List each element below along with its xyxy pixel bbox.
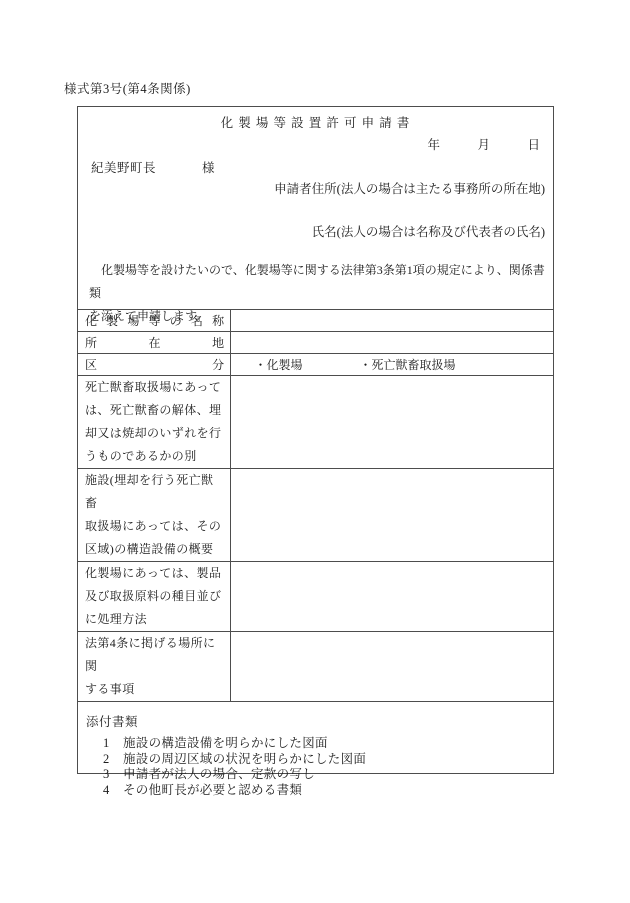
row-value-article4-matters bbox=[230, 632, 553, 702]
attachment-item-number: 1 bbox=[103, 736, 115, 752]
attachment-item-number: 2 bbox=[103, 752, 115, 768]
list-item: 2 施設の周辺区域の状況を明らかにした図面 bbox=[86, 752, 545, 768]
attachment-item-text: 申請者が法人の場合、定款の写し bbox=[123, 767, 315, 783]
list-item: 4 その他町長が必要と認める書類 bbox=[86, 783, 545, 799]
row-label-structure-overview: 施設(埋却を行う死亡獣畜 取扱場にあっては、その 区域)の構造設備の概要 bbox=[78, 469, 230, 562]
table-row-location: 所 在 地 bbox=[78, 332, 553, 354]
table-row-handling-type: 死亡獣畜取扱場にあって は、死亡獣畜の解体、埋 却又は焼却のいずれを行 うもので… bbox=[78, 376, 553, 469]
table-row-name: 化 製 場 等 の 名 称 bbox=[78, 310, 553, 332]
row-value-location bbox=[230, 332, 553, 354]
applicant-name-label: 氏名(法人の場合は名称及び代表者の氏名) bbox=[312, 222, 545, 240]
row-label-classification: 区 分 bbox=[78, 354, 230, 376]
row-value-classification: ・化製場・死亡獣畜取扱場 bbox=[230, 354, 553, 376]
application-table: 化 製 場 等 の 名 称 所 在 地 区 分 ・化製場・死亡獣畜取扱場 死亡獣… bbox=[78, 309, 553, 798]
row-value-facility-name bbox=[230, 310, 553, 332]
attachment-item-text: 施設の周辺区域の状況を明らかにした図面 bbox=[123, 752, 366, 768]
attachment-item-text: その他町長が必要と認める書類 bbox=[123, 783, 302, 799]
table-row-structure-overview: 施設(埋却を行う死亡獣畜 取扱場にあっては、その 区域)の構造設備の概要 bbox=[78, 469, 553, 562]
row-label-facility-name: 化 製 場 等 の 名 称 bbox=[78, 310, 230, 332]
attachment-item-number: 3 bbox=[103, 767, 115, 783]
table-row-article4-matters: 法第4条に掲げる場所に関 する事項 bbox=[78, 632, 553, 702]
row-value-handling-type bbox=[230, 376, 553, 469]
addressee-line: 紀美野町長様 bbox=[91, 158, 215, 176]
date-line: 年 月 日 bbox=[427, 135, 540, 153]
option-dead-livestock-facility: ・死亡獣畜取扱場 bbox=[360, 356, 456, 373]
addressee-honorific: 様 bbox=[202, 161, 215, 175]
form-title: 化 製 場 等 設 置 許 可 申 請 書 bbox=[78, 113, 553, 131]
option-rendering-plant: ・化製場 bbox=[255, 356, 303, 373]
attachments-section: 添付書類 1 施設の構造設備を明らかにした図面 2 施設の周辺区域の状況を明らか… bbox=[78, 702, 553, 799]
row-value-products-materials bbox=[230, 562, 553, 632]
row-label-handling-type: 死亡獣畜取扱場にあって は、死亡獣畜の解体、埋 却又は焼却のいずれを行 うもので… bbox=[78, 376, 230, 469]
attachment-item-number: 4 bbox=[103, 783, 115, 799]
row-label-location: 所 在 地 bbox=[78, 332, 230, 354]
attachment-item-text: 施設の構造設備を明らかにした図面 bbox=[123, 736, 328, 752]
list-item: 1 施設の構造設備を明らかにした図面 bbox=[86, 736, 545, 752]
attachments-list: 1 施設の構造設備を明らかにした図面 2 施設の周辺区域の状況を明らかにした図面… bbox=[86, 736, 545, 798]
row-label-article4-matters: 法第4条に掲げる場所に関 する事項 bbox=[78, 632, 230, 702]
table-row-products-materials: 化製場にあっては、製品 及び取扱原料の種目並び に処理方法 bbox=[78, 562, 553, 632]
form-number-label: 様式第3号(第4条関係) bbox=[64, 79, 191, 97]
attachments-cell: 添付書類 1 施設の構造設備を明らかにした図面 2 施設の周辺区域の状況を明らか… bbox=[78, 702, 553, 799]
table-row-classification: 区 分 ・化製場・死亡獣畜取扱場 bbox=[78, 354, 553, 376]
attachments-heading: 添付書類 bbox=[86, 715, 545, 730]
applicant-address-label: 申請者住所(法人の場合は主たる事務所の所在地) bbox=[274, 179, 545, 197]
application-form-box: 化 製 場 等 設 置 許 可 申 請 書 年 月 日 紀美野町長様 申請者住所… bbox=[77, 106, 554, 774]
row-label-products-materials: 化製場にあっては、製品 及び取扱原料の種目並び に処理方法 bbox=[78, 562, 230, 632]
list-item: 3 申請者が法人の場合、定款の写し bbox=[86, 767, 545, 783]
addressee-name: 紀美野町長 bbox=[91, 161, 156, 175]
row-value-structure-overview bbox=[230, 469, 553, 562]
